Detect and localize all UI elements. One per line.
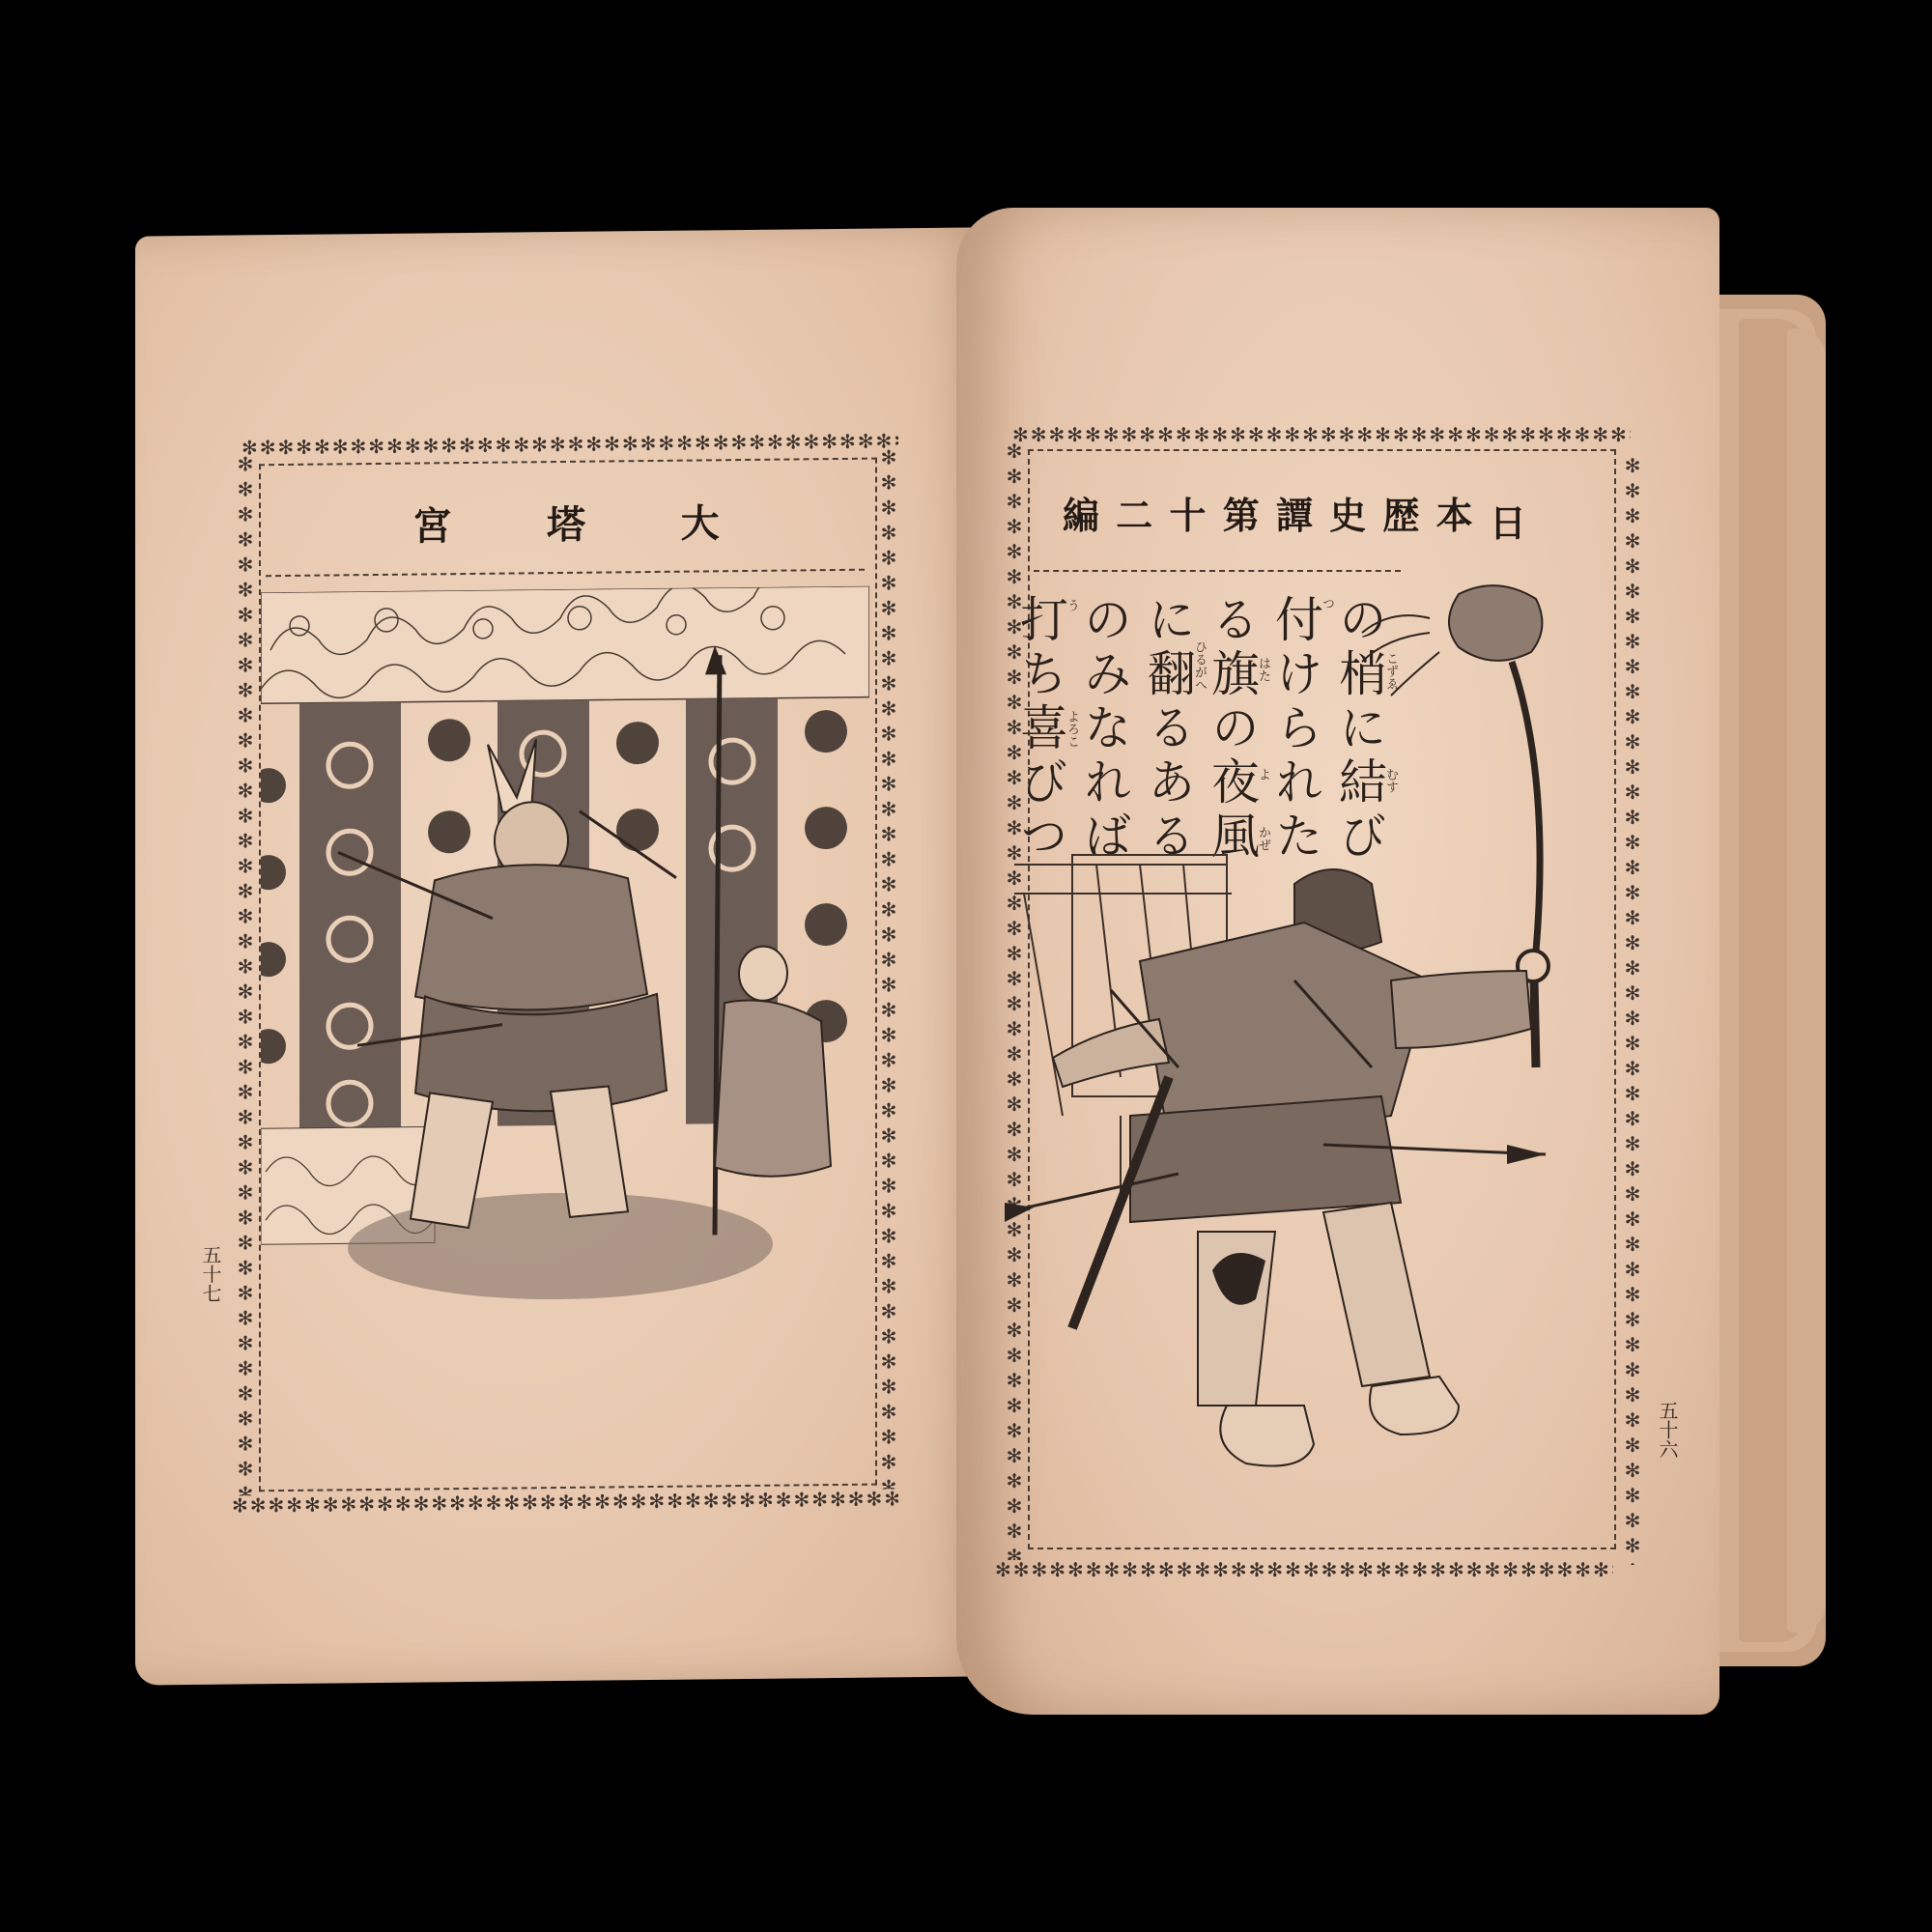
title-char: 本 — [1436, 486, 1473, 539]
right-page-title: 編 二 十 第 譚 史 歴 本 日 — [1034, 464, 1555, 560]
title-char: 十 — [1169, 486, 1206, 539]
ornamental-border-right: ✻✻✻✻✻✻✻✻✻✻✻✻✻✻✻✻✻✻✻✻✻✻✻✻✻✻✻✻✻✻✻✻✻✻✻✻✻✻✻✻… — [1621, 454, 1642, 1565]
ornamental-border-right: ✻✻✻✻✻✻✻✻✻✻✻✻✻✻✻✻✻✻✻✻✻✻✻✻✻✻✻✻✻✻✻✻✻✻✻✻✻✻✻✻… — [877, 445, 898, 1489]
title-char: 歴 — [1382, 486, 1419, 539]
title-char: 譚 — [1276, 486, 1313, 539]
ornamental-border-top: ✻✻✻✻✻✻✻✻✻✻✻✻✻✻✻✻✻✻✻✻✻✻✻✻✻✻✻✻✻✻✻✻✻✻✻✻✻✻✻✻… — [1012, 425, 1631, 446]
left-page-title: 宮 塔 大 — [259, 475, 873, 569]
title-char: 大 — [681, 493, 720, 548]
right-page: ✻✻✻✻✻✻✻✻✻✻✻✻✻✻✻✻✻✻✻✻✻✻✻✻✻✻✻✻✻✻✻✻✻✻✻✻✻✻✻✻… — [956, 208, 1719, 1715]
title-char: 編 — [1063, 486, 1099, 539]
title-char: 史 — [1329, 486, 1366, 539]
samurai-illustration-right — [1005, 575, 1613, 1550]
title-char: 宮 — [412, 496, 451, 551]
title-char: 塔 — [547, 494, 585, 549]
ornamental-border-top: ✻✻✻✻✻✻✻✻✻✻✻✻✻✻✻✻✻✻✻✻✻✻✻✻✻✻✻✻✻✻✻✻✻✻✻✻✻✻✻✻… — [241, 431, 898, 459]
title-char: 日 — [1490, 494, 1526, 547]
ornamental-border-bottom: ✻✻✻✻✻✻✻✻✻✻✻✻✻✻✻✻✻✻✻✻✻✻✻✻✻✻✻✻✻✻✻✻✻✻✻✻✻✻✻✻… — [995, 1560, 1613, 1581]
ornamental-border-left: ✻✻✻✻✻✻✻✻✻✻✻✻✻✻✻✻✻✻✻✻✻✻✻✻✻✻✻✻✻✻✻✻✻✻✻✻✻✻✻✻… — [234, 452, 255, 1495]
left-page: ✻✻✻✻✻✻✻✻✻✻✻✻✻✻✻✻✻✻✻✻✻✻✻✻✻✻✻✻✻✻✻✻✻✻✻✻✻✻✻✻… — [135, 227, 985, 1685]
title-char: 二 — [1116, 486, 1152, 539]
page-number-left: 五十七 — [197, 1245, 225, 1303]
title-char: 第 — [1223, 486, 1260, 539]
ornamental-border-bottom: ✻✻✻✻✻✻✻✻✻✻✻✻✻✻✻✻✻✻✻✻✻✻✻✻✻✻✻✻✻✻✻✻✻✻✻✻✻✻✻✻… — [232, 1489, 898, 1517]
title-divider — [1034, 570, 1401, 572]
samurai-illustration-left — [261, 586, 869, 1327]
open-book: ✻✻✻✻✻✻✻✻✻✻✻✻✻✻✻✻✻✻✻✻✻✻✻✻✻✻✻✻✻✻✻✻✻✻✻✻✻✻✻✻… — [0, 0, 1932, 1932]
page-number-right: 五十六 — [1654, 1401, 1682, 1459]
page-stack-edge — [1787, 328, 1826, 1633]
